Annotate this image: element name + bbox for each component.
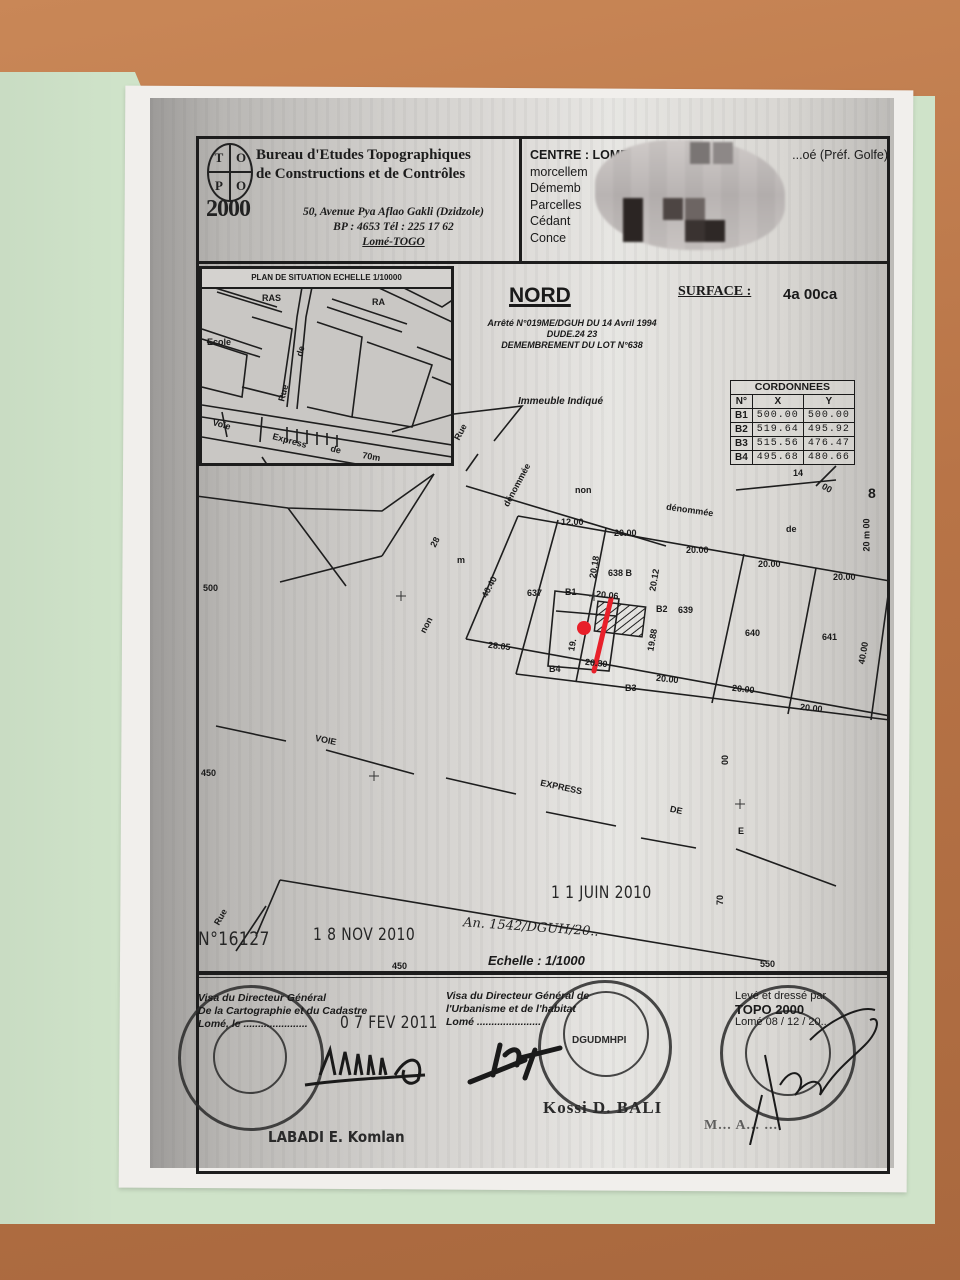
visa2-line2: l'Urbanisme et de l'habitat xyxy=(446,1003,589,1016)
visa-urbanisme: Visa du Directeur Général de l'Urbanisme… xyxy=(446,990,589,1029)
dim: 20.00 xyxy=(686,545,709,555)
seal-dgudmhpi: DGUDMHPI xyxy=(572,1035,626,1046)
road-label: E xyxy=(738,826,744,836)
dim: 20.00 xyxy=(833,572,856,582)
signatory-topo2000: M... A... ... xyxy=(704,1118,778,1134)
parcel-plan-drawing xyxy=(196,136,890,976)
registration-number: N°16127 xyxy=(198,928,270,950)
road-label: m xyxy=(457,555,465,565)
stamp-date-juin: 1 1 JUIN 2010 xyxy=(551,883,652,903)
road-label: 00 xyxy=(720,755,730,765)
point-b3: B3 xyxy=(625,683,637,693)
parcel-638b: 638 B xyxy=(608,568,632,578)
grid-tick-500: 500 xyxy=(203,583,218,593)
stamp-date-fev: 0 7 FEV 2011 xyxy=(340,1013,438,1033)
visa1-line1: Visa du Directeur Général xyxy=(198,992,367,1005)
street-width-label: 20 m 00 xyxy=(862,518,872,551)
red-location-marker xyxy=(577,621,591,635)
point-b1: B1 xyxy=(565,587,577,597)
road-label: de xyxy=(786,524,797,534)
road-label: 14 xyxy=(793,468,803,478)
parcel-640: 640 xyxy=(745,628,760,638)
road-label: 8 xyxy=(868,485,876,501)
dim: 20.00 xyxy=(614,528,637,538)
parcel-641: 641 xyxy=(822,632,837,642)
signature-labadi xyxy=(300,1040,440,1095)
parcel-637: 637 xyxy=(527,588,542,598)
point-b4: B4 xyxy=(549,664,561,674)
signature-bali xyxy=(465,1030,575,1090)
signatory-bali: Kossi D. BALI xyxy=(543,1098,662,1118)
stamp-date-nov: 1 8 NOV 2010 xyxy=(313,925,415,945)
folder-shadow xyxy=(0,72,120,1224)
footer-divider xyxy=(199,971,887,975)
scale-label: Echelle : 1/1000 xyxy=(488,953,585,968)
road-label: non xyxy=(575,485,592,495)
footer-divider-thin xyxy=(199,977,887,978)
visa2-line1: Visa du Directeur Général de xyxy=(446,990,589,1003)
point-b2: B2 xyxy=(656,604,668,614)
road-label: 70 xyxy=(715,895,725,905)
dim-subject-left: 19. xyxy=(566,638,578,652)
visa2-line3: Lomé ...................... xyxy=(446,1016,589,1029)
signatory-labadi: LABADI E. Komlan xyxy=(268,1128,405,1146)
parcel-639: 639 xyxy=(678,605,693,615)
grid-tick-550: 550 xyxy=(760,959,775,969)
grid-tick-450b: 450 xyxy=(392,961,407,971)
dim: 20.00 xyxy=(758,559,781,569)
immeuble-indique-label: Immeuble Indiqué xyxy=(518,396,603,407)
dim: 12.00 xyxy=(561,517,584,527)
grid-tick-450: 450 xyxy=(201,768,216,778)
